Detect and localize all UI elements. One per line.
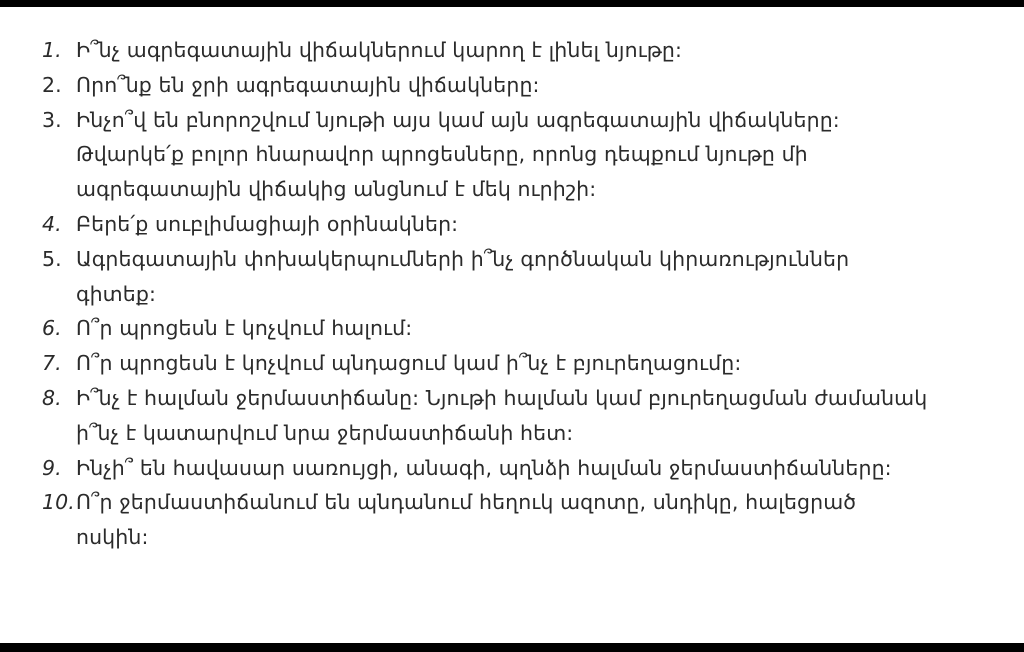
question-item-7: 7. Ո՞ր պրոցեսն է կոչվում պնդացում կամ ի՞… — [0, 346, 1024, 381]
question-text-line: Ո՞ր պրոցեսն է կոչվում հալում: — [76, 311, 984, 346]
question-number: 6. — [42, 311, 76, 346]
question-item-2: 2. Որո՞նք են ջրի ագրեգատային վիճակները: — [0, 68, 1024, 103]
question-text-line: Ինչի՞ են հավասար սառույցի, անագի, պղնձի … — [76, 451, 984, 486]
question-text-line: Ի՞նչ է հալման ջերմաստիճանը: Նյութի հալմա… — [76, 381, 984, 416]
question-number: 7. — [42, 346, 76, 381]
question-item-3: 3. Ինչո՞վ են բնորոշվում նյութի այս կամ ա… — [0, 103, 1024, 207]
question-number: 8. — [42, 381, 76, 416]
question-text-line: Ո՞ր պրոցեսն է կոչվում պնդացում կամ ի՞նչ … — [76, 346, 984, 381]
document-page: 1. Ի՞նչ ագրեգատային վիճակներում կարող է … — [0, 7, 1024, 643]
question-item-9: 9. Ինչի՞ են հավասար սառույցի, անագի, պղն… — [0, 451, 1024, 486]
question-text-line: ագրեգատային վիճակից անցնում է մեկ ուրիշի… — [76, 172, 984, 207]
question-item-6: 6. Ո՞ր պրոցեսն է կոչվում հալում: — [0, 311, 1024, 346]
question-text-line: Ինչո՞վ են բնորոշվում նյութի այս կամ այն … — [76, 103, 984, 138]
question-text-line: Բերե՛ք սուբլիմացիայի օրինակներ: — [76, 207, 984, 242]
question-item-10: 10. Ո՞ր ջերմաստիճանում են պնդանում հեղու… — [0, 485, 1024, 555]
question-text-line: ի՞նչ է կատարվում նրա ջերմաստիճանի հետ: — [76, 416, 984, 451]
question-text-line: գիտեք: — [76, 277, 984, 312]
question-text-line: Թվարկե՛ք բոլոր հնարավոր պրոցեսները, որոն… — [76, 137, 984, 172]
question-text-line: ոսկին: — [76, 520, 984, 555]
question-item-5: 5. Ագրեգատային փոխակերպումների ի՞նչ գործ… — [0, 242, 1024, 312]
question-text-line: Ի՞նչ ագրեգատային վիճակներում կարող է լին… — [76, 33, 984, 68]
question-item-8: 8. Ի՞նչ է հալման ջերմաստիճանը: Նյութի հա… — [0, 381, 1024, 451]
question-number: 5. — [42, 242, 76, 277]
question-text-line: Ո՞ր ջերմաստիճանում են պնդանում հեղուկ ազ… — [76, 485, 984, 520]
top-frame-bar — [0, 0, 1024, 7]
question-number: 4. — [42, 207, 76, 242]
bottom-frame-bar — [0, 643, 1024, 652]
question-text-line: Որո՞նք են ջրի ագրեգատային վիճակները: — [76, 68, 984, 103]
question-number: 1. — [42, 33, 76, 68]
question-number: 9. — [42, 451, 76, 486]
question-text-line: Ագրեգատային փոխակերպումների ի՞նչ գործնակ… — [76, 242, 984, 277]
question-number: 3. — [42, 103, 76, 138]
questions-list: 1. Ի՞նչ ագրեգատային վիճակներում կարող է … — [0, 33, 1024, 555]
question-number: 2. — [42, 68, 76, 103]
question-number: 10. — [42, 485, 76, 520]
question-item-4: 4. Բերե՛ք սուբլիմացիայի օրինակներ: — [0, 207, 1024, 242]
question-item-1: 1. Ի՞նչ ագրեգատային վիճակներում կարող է … — [0, 33, 1024, 68]
